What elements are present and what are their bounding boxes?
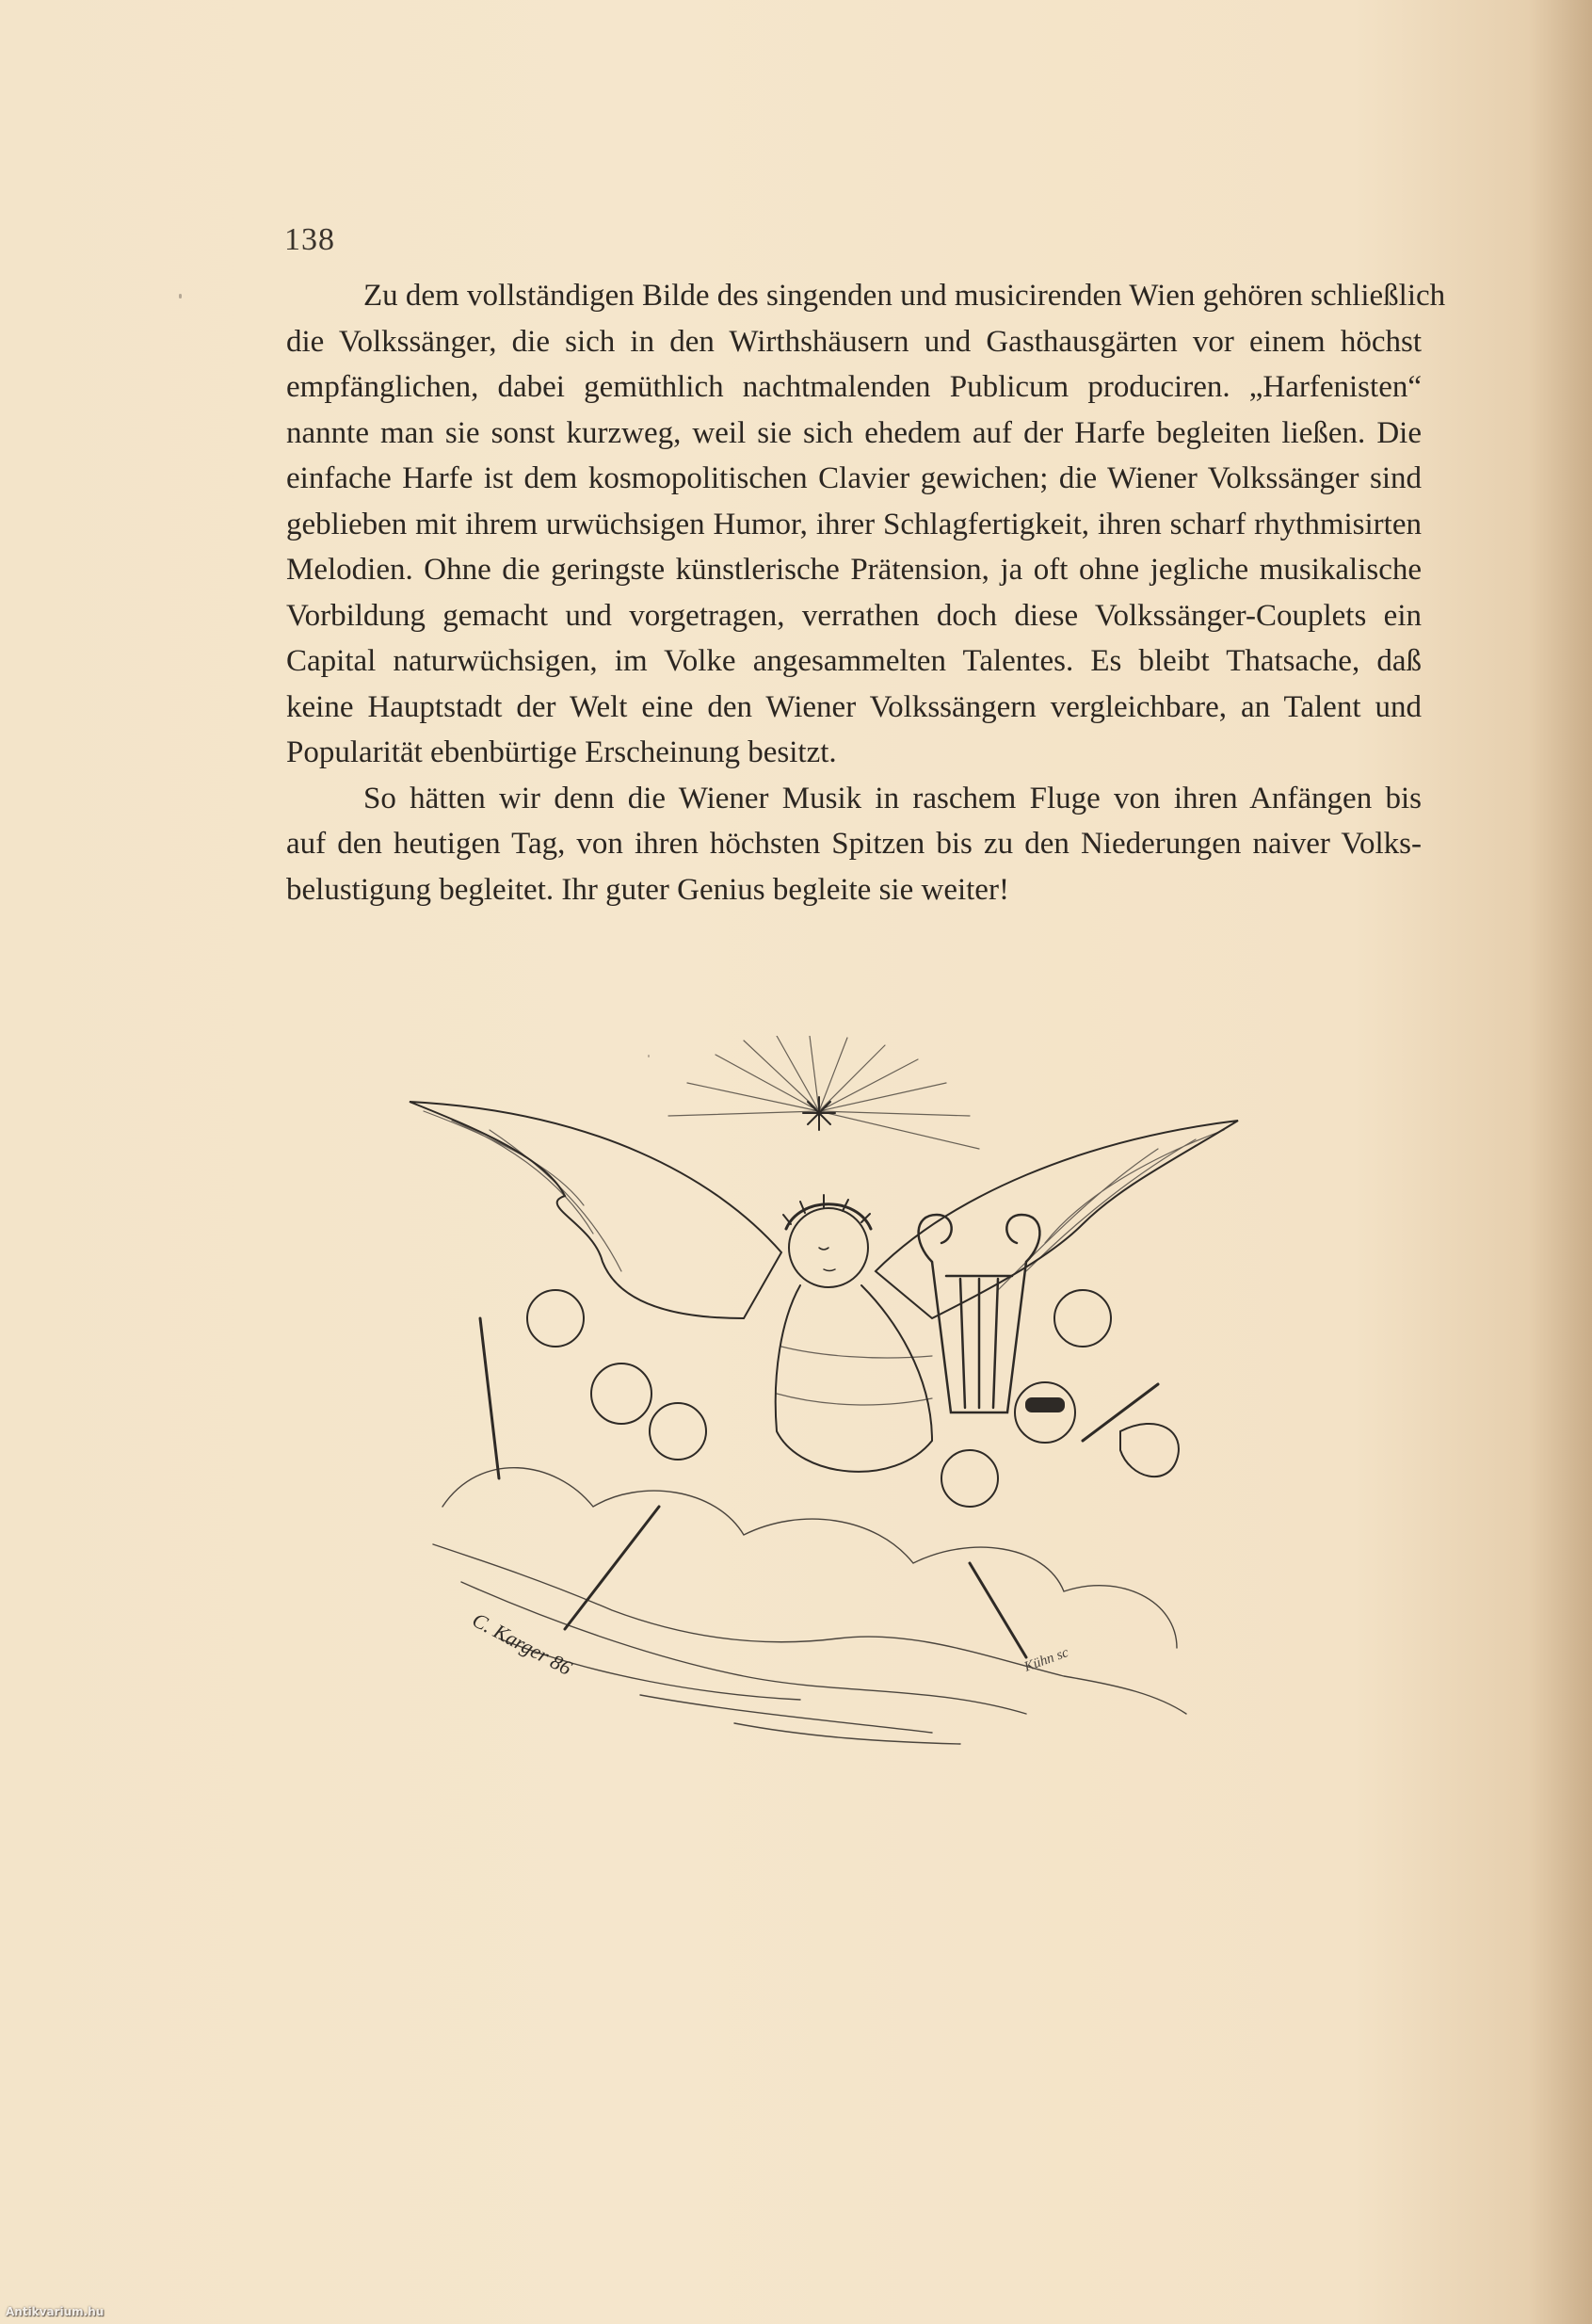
right-wing <box>876 1121 1238 1318</box>
signature-left: C. Karger 86 <box>469 1607 576 1679</box>
text-line: Melodien. Ohne die geringste künstlerisc… <box>286 547 1422 593</box>
text-line: Popularität ebenbürtige Erscheinung besi… <box>286 730 1422 776</box>
text-line: nannte man sie sonst kurzweg, weil sie s… <box>286 411 1422 457</box>
body-text: Zu dem vollständigen Bilde des singenden… <box>286 273 1422 912</box>
text-line: empfänglichen, dabei gemüthlich nachtmal… <box>286 364 1422 411</box>
cherub-figures <box>527 1290 1111 1507</box>
text-line: Capital naturwüchsigen, im Volke angesam… <box>286 638 1422 685</box>
page-number: 138 <box>284 222 335 258</box>
light-rays-icon <box>668 1036 979 1149</box>
text-line: keine Hauptstadt der Welt eine den Wiene… <box>286 685 1422 731</box>
text-line: die Volkssänger, die sich in den Wirthsh… <box>286 319 1422 365</box>
signature-right: Kühn sc <box>1021 1645 1071 1675</box>
engraving-illustration: C. Karger 86 Kühn sc <box>405 1036 1252 1789</box>
star-icon <box>803 1097 835 1130</box>
text-line: einfache Harfe ist dem kosmopolitischen … <box>286 456 1422 502</box>
text-line: Vorbildung gemacht und vorgetragen, verr… <box>286 593 1422 639</box>
instruments <box>480 1318 1179 1657</box>
text-line: geblieben mit ihrem urwüchsigen Humor, i… <box>286 502 1422 548</box>
muse-figure <box>776 1195 932 1472</box>
text-line: belustigung begleitet. Ihr guter Genius … <box>286 867 1422 913</box>
paper-speck <box>648 1055 650 1057</box>
paper-speck <box>179 294 182 299</box>
lyre-icon <box>919 1215 1040 1412</box>
left-wing <box>410 1102 781 1318</box>
text-line: Zu dem vollständigen Bilde des singenden… <box>286 273 1422 319</box>
watermark: Antikvarium.hu <box>6 2305 104 2318</box>
text-line: auf den heutigen Tag, von ihren höchsten… <box>286 821 1422 867</box>
clouds <box>433 1468 1186 1744</box>
text-line: So hätten wir denn die Wiener Musik in r… <box>286 776 1422 822</box>
